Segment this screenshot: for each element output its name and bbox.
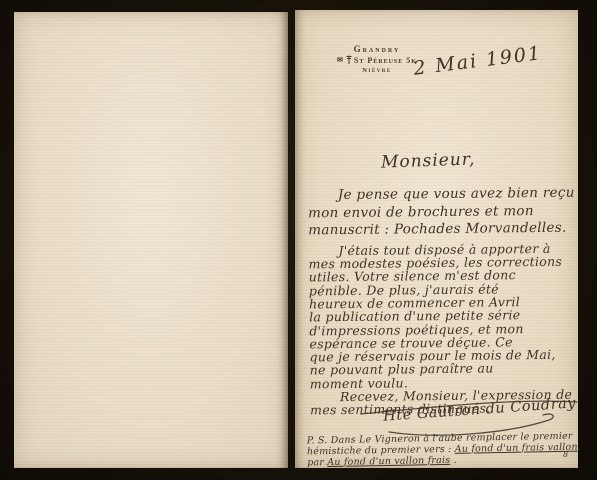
scanned-letter: Grandry ✉St Péreuse 5k Nièvre 2 Mai 1901… [0, 0, 597, 480]
letter-body: Je pense que vous avez bien reçu mon env… [308, 185, 578, 417]
letterhead-place-name: Grandry [325, 44, 429, 54]
body-line: Je pense que vous avez bien reçu [308, 185, 576, 205]
letter-date: 2 Mai 1901 [412, 42, 543, 80]
body-line: manuscrit : Pochades Morvandelles. [308, 220, 576, 240]
postscript-replacement-verse: Au fond d'un vallon frais [327, 455, 450, 468]
letter-page: Grandry ✉St Péreuse 5k Nièvre 2 Mai 1901… [295, 10, 578, 468]
postscript-original-verse: Au fond d'un frais vallon [455, 441, 578, 454]
letterhead-address-text: St Péreuse 5k [354, 56, 417, 65]
blank-verso-page [14, 12, 288, 468]
page-number: 8 [563, 450, 568, 459]
telegraph-pole-icon [346, 55, 352, 66]
postscript: P. S. Dans Le Vigneron à l'aube remplace… [307, 432, 584, 469]
postscript-text: Dans [331, 435, 356, 446]
postscript-text: . [453, 454, 456, 465]
postscript-label: P. S. [307, 435, 328, 446]
salutation: Monsieur, [381, 149, 476, 172]
envelope-icon: ✉ [337, 56, 344, 64]
